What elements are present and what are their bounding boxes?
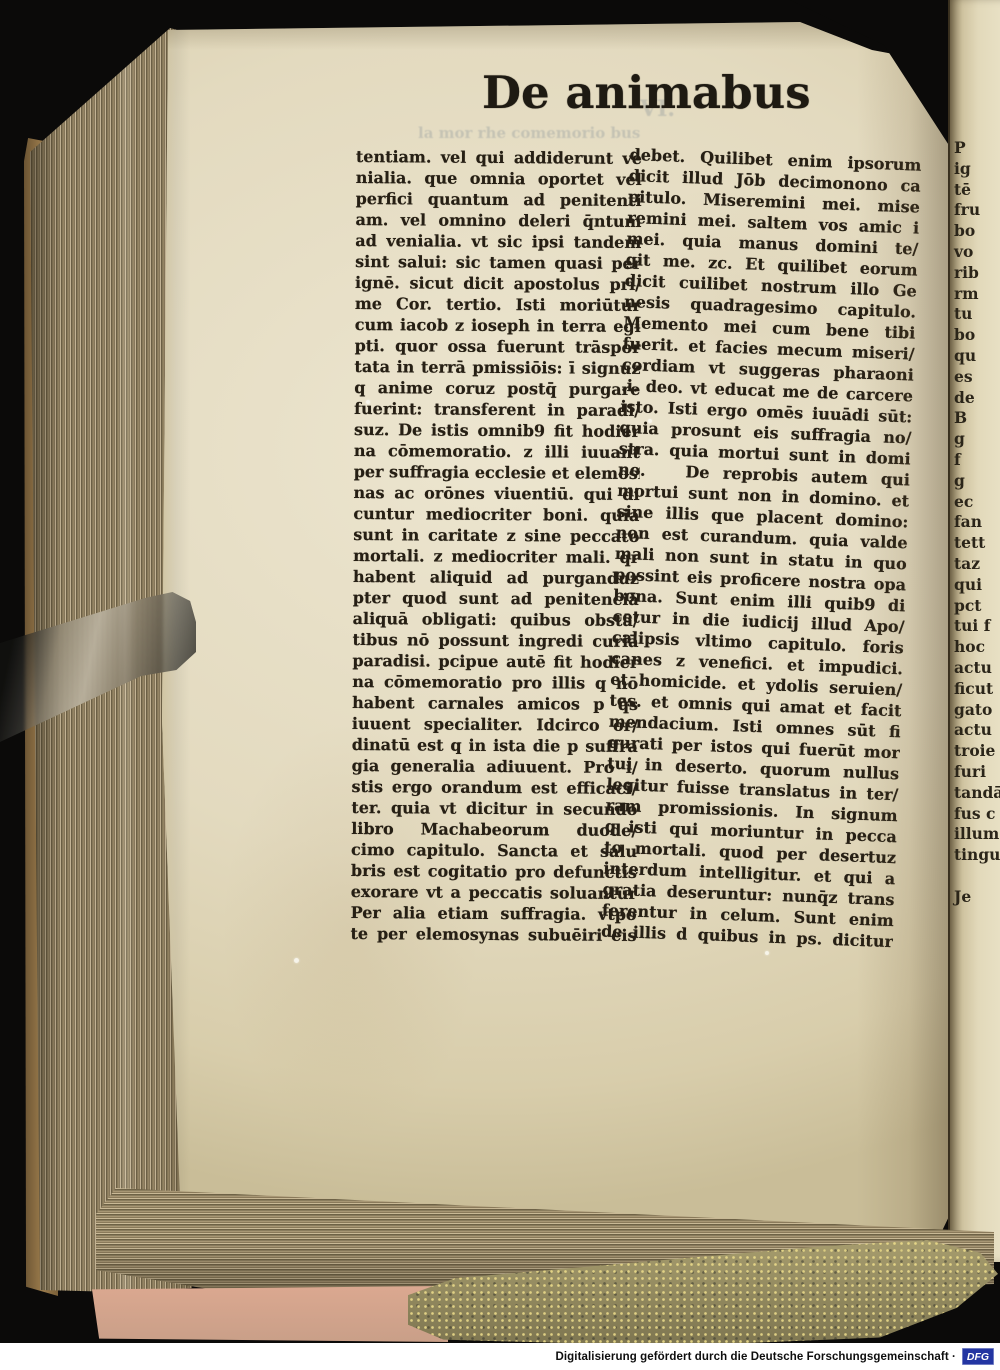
text-line: ad venialia. vt sic ipsi tandem (355, 230, 641, 253)
text-line: cum iacob z ioseph in terra egi (355, 314, 641, 337)
text-line: f (948, 450, 1000, 471)
text-line: rm (948, 284, 1000, 305)
text-line: g (948, 471, 1000, 492)
left-text-column: tentiam. vel qui addiderunt venialia. qu… (350, 146, 642, 946)
paper-hole (366, 400, 370, 404)
text-line: bo (948, 221, 1000, 242)
text-line: per suffragia ecclesie et elemosi (354, 461, 640, 484)
text-line: tett (948, 533, 1000, 554)
text-line: B (948, 408, 1000, 429)
text-line: Je (948, 887, 1000, 908)
pink-mat (92, 1286, 448, 1342)
text-line: gato (948, 700, 1000, 721)
text-line: ficut (948, 679, 1000, 700)
digitized-book-scan: VI. la mor rhe comemorio bus De animabus… (0, 0, 1000, 1370)
text-line: tata in terrā pmissiōis: ī signuz (354, 356, 640, 379)
text-line: na cōmemoratio. z illi iuuant (354, 440, 640, 463)
text-line: sunt in caritate z sine peccato (353, 524, 639, 547)
text-line: habent carnales amicos p q̄s (352, 692, 638, 715)
text-line: suz. De istis omnib9 fit hodier (354, 419, 640, 442)
text-line: pct (948, 596, 1000, 617)
text-line: ter. quia vt dicitur in secundo (351, 797, 637, 820)
text-line: tingu (948, 845, 1000, 866)
text-line: cuntur mediocriter boni. quia (353, 503, 639, 526)
text-line: na cōmemoratio pro illis q nō (352, 671, 638, 694)
text-line: habent aliquid ad purganduz (353, 566, 639, 589)
text-line: sint salui: sic tamen quasi per (355, 251, 641, 274)
text-line (948, 907, 1000, 928)
text-line: vo (948, 242, 1000, 263)
spacer (948, 0, 1000, 138)
text-line: bo (948, 325, 1000, 346)
text-line: nas ac orōnes viuentiū. qui di (354, 482, 640, 505)
text-line: te per elemosynas subuēiri eis (350, 923, 636, 946)
paper-hole (648, 419, 652, 423)
next-page-edge: PigtēfrubovoribrmtuboquesdeBgfgecfantett… (948, 0, 1000, 1262)
text-line: q anime coruz postq̄ purgare (354, 377, 640, 400)
text-line: fan (948, 512, 1000, 533)
text-line: ec (948, 492, 1000, 513)
text-line: pter quod sunt ad penitenciā (353, 587, 639, 610)
text-line: actu (948, 658, 1000, 679)
text-line: paradisi. pcipue autē fit hodier (352, 650, 638, 673)
text-line: fuerint: transferent in paradi/ (354, 398, 640, 421)
text-line: gia generalia adiuuent. Pro i/ (352, 755, 638, 778)
text-line: hoc (948, 637, 1000, 658)
text-line: g (948, 429, 1000, 450)
text-line: iuuent specialiter. Idcirco or/ (352, 713, 638, 736)
text-line: ig (948, 159, 1000, 180)
text-line: am. vel omnino deleri q̄ntum (355, 209, 641, 232)
page-header: De animabus (482, 66, 782, 119)
text-line: dinatū est q in ista die p suffra (352, 734, 638, 757)
text-line: tē (948, 180, 1000, 201)
dfg-logo: DFG (962, 1348, 994, 1365)
text-line: exorare vt a peccatis soluantur (351, 881, 637, 904)
text-line: taz (948, 554, 1000, 575)
text-line: qu (948, 346, 1000, 367)
text-line: illum (948, 824, 1000, 845)
text-line: cimo capitulo. Sancta et salu (351, 839, 637, 862)
text-line: tandā (948, 783, 1000, 804)
text-line: bris est cogitatio pro defunctis (351, 860, 637, 883)
text-line: tu (948, 304, 1000, 325)
text-line: tibus nō possunt ingredi curiā (352, 629, 638, 652)
text-line: fru (948, 200, 1000, 221)
text-line: aliquā obligati: quibus obstā/ (353, 608, 639, 631)
text-line: stis ergo orandum est efficaci/ (351, 776, 637, 799)
text-line: pti. quor ossa fuerunt trāspor (355, 335, 641, 358)
text-line: de (948, 388, 1000, 409)
book-page: VI. la mor rhe comemorio bus De animabus… (160, 20, 952, 1282)
paper-hole (765, 951, 769, 955)
caption-bar: Digitalisierung gefördert durch die Deut… (0, 1343, 1000, 1370)
gutter-shadow (857, 20, 952, 1282)
text-line (948, 866, 1000, 887)
text-line: actu (948, 720, 1000, 741)
bleedthrough-text: la mor rhe comemorio bus (418, 124, 640, 142)
text-line: perfici quantum ad penitenti (356, 188, 642, 211)
page-top-shadow (160, 20, 952, 50)
text-line: Per alia etiam suffragia. vtpo (351, 902, 637, 925)
text-line: furi (948, 762, 1000, 783)
edge-fragment-list: PigtēfrubovoribrmtuboquesdeBgfgecfantett… (948, 138, 1000, 928)
caption-text: Digitalisierung gefördert durch die Deut… (555, 1351, 956, 1363)
text-line: tentiam. vel qui addiderunt ve (356, 146, 642, 169)
text-line: mortali. z mediocriter mali. qr (353, 545, 639, 568)
text-line: fus c (948, 804, 1000, 825)
text-line: P (948, 138, 1000, 159)
text-line: ignē. sicut dicit apostolus pri/ (355, 272, 641, 295)
paper-hole (294, 958, 299, 963)
text-line: nialia. que omnia oportet vel (356, 167, 642, 190)
text-line: me Cor. tertio. Isti moriūtur (355, 293, 641, 316)
text-line: tui f (948, 616, 1000, 637)
text-line: qui (948, 575, 1000, 596)
text-line: libro Machabeorum duode/ (351, 818, 637, 841)
text-line: rib (948, 263, 1000, 284)
text-line: troie (948, 741, 1000, 762)
text-line: es (948, 367, 1000, 388)
